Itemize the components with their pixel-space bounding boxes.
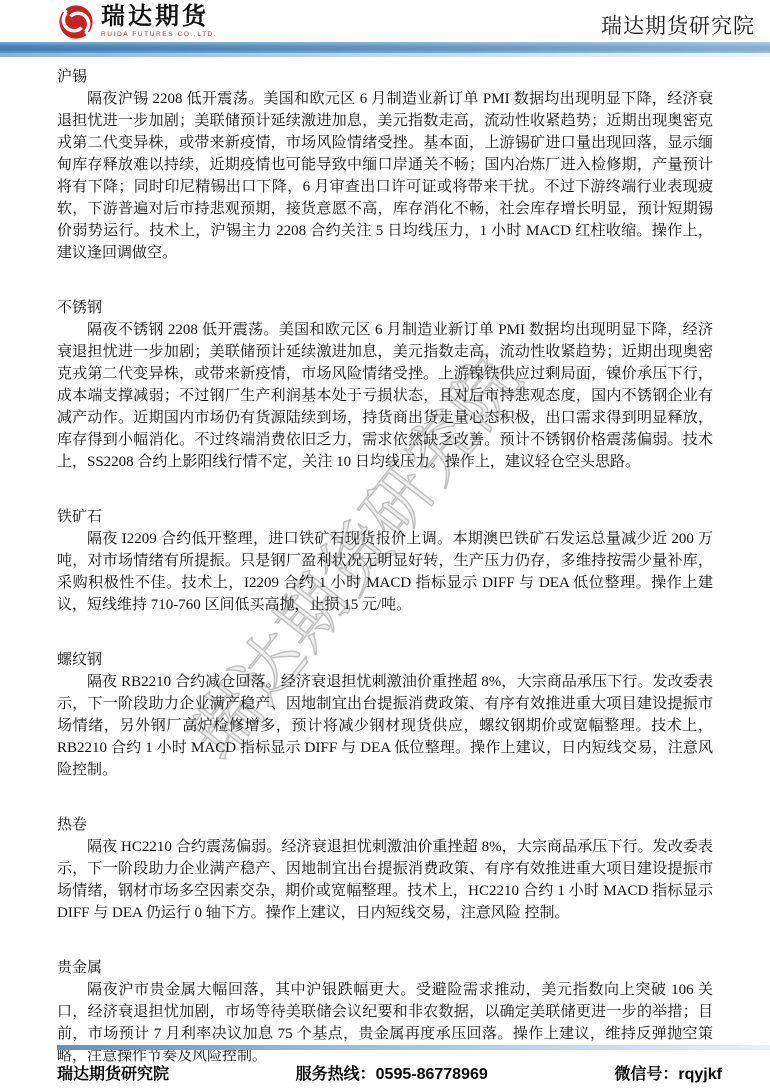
section-body: 隔夜不锈钢 2208 低开震荡。美国和欧元区 6 月制造业新订单 PMI 数据均… [57,319,713,473]
page-header: 瑞达期货 RUIDA FUTURES CO.,LTD. 瑞达期货研究院 [0,0,770,42]
section-title: 贵金属 [57,957,713,979]
brand-name-cn: 瑞达期货 [101,5,217,29]
ruida-logo-icon [57,3,95,41]
section-rebar: 螺纹钢 隔夜 RB2210 合约减仓回落。经济衰退担忧刺激油价重挫超 8%，大宗… [57,649,713,781]
footer-hotline-number: 0595-86778969 [376,1066,488,1083]
section-body: 隔夜沪锡 2208 低开震荡。美国和欧元区 6 月制造业新订单 PMI 数据均出… [57,88,713,264]
footer-hotline-label: 服务热线： [296,1066,376,1083]
page-title: 瑞达期货研究院 [601,10,755,41]
page-footer: 瑞达期货研究院 服务热线：0595-86778969 微信号：rqyjkf [0,1045,770,1089]
report-content: 沪锡 隔夜沪锡 2208 低开震荡。美国和欧元区 6 月制造业新订单 PMI 数… [0,57,770,1067]
footer-org: 瑞达期货研究院 [57,1061,169,1084]
section-body: 隔夜 HC2210 合约震荡偏弱。经济衰退担忧刺激油价重挫超 8%，大宗商品承压… [57,836,713,924]
section-title: 不锈钢 [57,297,713,319]
footer-info-row: 瑞达期货研究院 服务热线：0595-86778969 微信号：rqyjkf [0,1050,770,1084]
header-divider-bar [0,42,770,53]
company-brand: 瑞达期货 RUIDA FUTURES CO.,LTD. [57,3,217,41]
section-title: 热卷 [57,814,713,836]
section-title: 铁矿石 [57,506,713,528]
section-iron-ore: 铁矿石 隔夜 I2209 合约低开整理，进口铁矿石现货报价上调。本期澳巴铁矿石发… [57,506,713,616]
section-body: 隔夜 RB2210 合约减仓回落。经济衰退担忧刺激油价重挫超 8%，大宗商品承压… [57,671,713,781]
footer-wechat-id: rqyjkf [678,1066,722,1083]
report-page: 瑞达期货 RUIDA FUTURES CO.,LTD. 瑞达期货研究院 瑞达期货… [0,0,770,1089]
brand-name-en: RUIDA FUTURES CO.,LTD. [101,32,217,39]
section-hu-xi: 沪锡 隔夜沪锡 2208 低开震荡。美国和欧元区 6 月制造业新订单 PMI 数… [57,66,713,264]
footer-hotline: 服务热线：0595-86778969 [296,1061,488,1084]
section-title: 沪锡 [57,66,713,88]
section-body: 隔夜 I2209 合约低开整理，进口铁矿石现货报价上调。本期澳巴铁矿石发运总量减… [57,528,713,616]
section-stainless-steel: 不锈钢 隔夜不锈钢 2208 低开震荡。美国和欧元区 6 月制造业新订单 PMI… [57,297,713,473]
brand-text: 瑞达期货 RUIDA FUTURES CO.,LTD. [101,5,217,39]
footer-wechat: 微信号：rqyjkf [614,1061,722,1084]
section-title: 螺纹钢 [57,649,713,671]
footer-wechat-label: 微信号： [614,1066,678,1083]
section-hot-coil: 热卷 隔夜 HC2210 合约震荡偏弱。经济衰退担忧刺激油价重挫超 8%，大宗商… [57,814,713,924]
